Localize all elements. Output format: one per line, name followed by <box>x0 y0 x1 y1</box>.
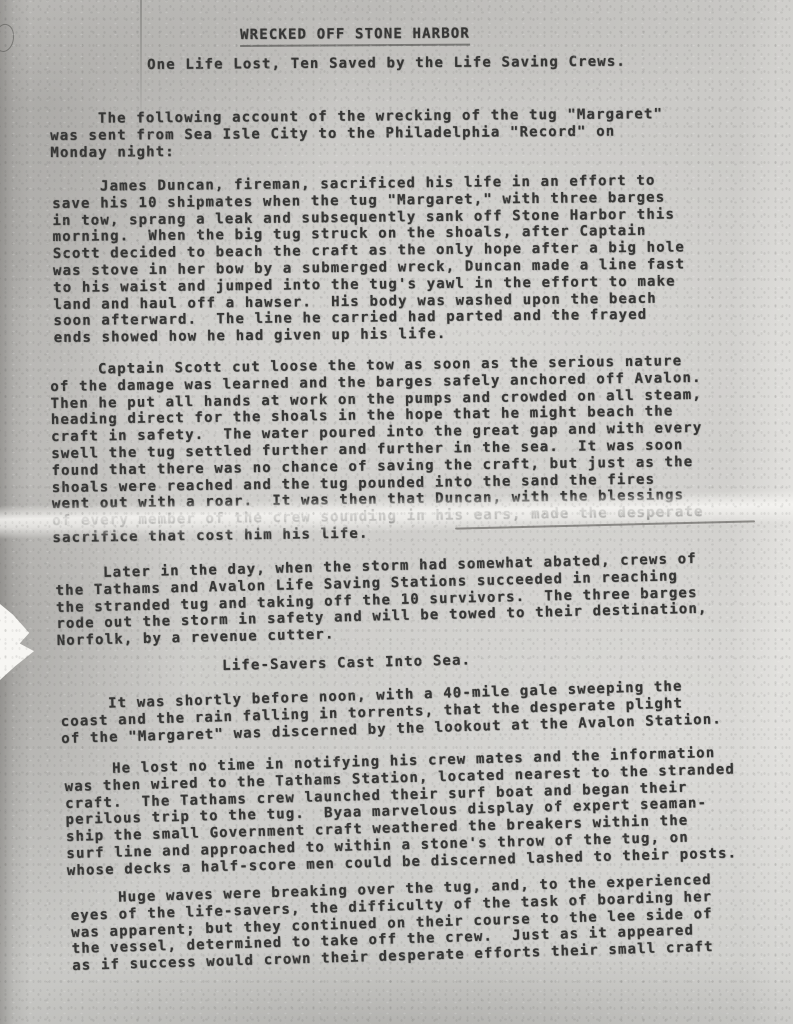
document-page: WRECKED OFF STONE HARBOR One Life Lost, … <box>0 0 793 1024</box>
paragraph-tathams-crew: He lost no time in notifying his crew ma… <box>64 744 737 879</box>
paragraph-huge-waves: Huge waves were breaking over the tug, a… <box>70 872 714 975</box>
document-title: WRECKED OFF STONE HARBOR <box>240 25 470 47</box>
document-subtitle: One Life Lost, Ten Saved by the Life Sav… <box>147 54 626 74</box>
paragraph-captain-scott: Captain Scott cut loose the tow as soon … <box>50 353 704 547</box>
paragraph-duncan-sacrifice: James Duncan, fireman, sacrificed his li… <box>52 172 686 347</box>
paragraph-rescue: Later in the day, when the storm had som… <box>55 551 708 650</box>
section-heading: Life-Savers Cast Into Sea. <box>222 652 471 674</box>
paper-corner-crease-artifact <box>0 22 17 54</box>
paragraph-gale: It was shortly before noon, with a 40-mi… <box>60 677 722 747</box>
paragraph-intro: The following account of the wrecking of… <box>50 106 663 161</box>
torn-edge-notch-artifact <box>0 604 34 680</box>
